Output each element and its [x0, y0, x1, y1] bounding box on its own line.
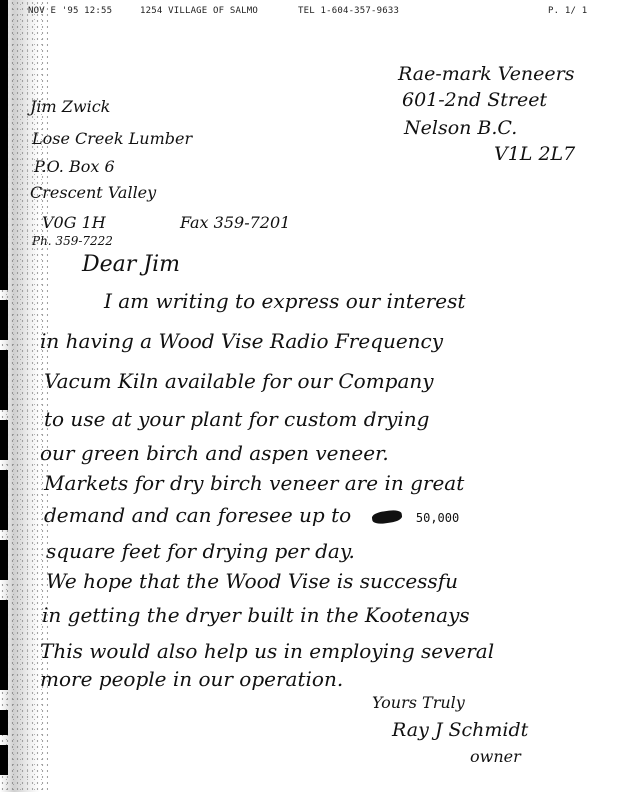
recipient-company: Lose Creek Lumber — [32, 128, 192, 150]
recipient-postal: V0G 1H — [42, 212, 106, 234]
fax-edge-bar — [0, 0, 8, 290]
return-address-line: 601-2nd Street — [402, 88, 547, 112]
return-address-line: Rae-mark Veneers — [398, 62, 575, 86]
body-line-text: demand and can foresee up to — [44, 503, 351, 527]
fax-letter-page: NOV E '95 12:55 1254 VILLAGE OF SALMO TE… — [0, 0, 623, 792]
body-line-with-quantity: demand and can foresee up to 50,000 — [44, 500, 459, 530]
recipient-town: Crescent Valley — [30, 182, 156, 204]
fax-header: NOV E '95 12:55 1254 VILLAGE OF SALMO TE… — [0, 6, 623, 20]
body-line: This would also help us in employing sev… — [40, 636, 494, 666]
body-line: our green birch and aspen veneer. — [40, 438, 389, 468]
signer-title: owner — [470, 746, 521, 768]
fax-date: NOV E '95 12:55 — [28, 6, 112, 16]
quantity-value: 50,000 — [416, 511, 459, 525]
body-line: We hope that the Wood Vise is successfu — [46, 566, 458, 596]
body-line: in having a Wood Vise Radio Frequency — [40, 326, 443, 356]
body-line: I am writing to express our interest — [104, 286, 465, 316]
body-line: Vacum Kiln available for our Company — [44, 366, 434, 396]
fax-tel: TEL 1-604-357-9633 — [298, 6, 399, 16]
crossed-out-mark — [371, 508, 402, 524]
fax-page: P. 1/ 1 — [548, 6, 587, 16]
recipient-phone: Ph. 359-7222 — [32, 234, 113, 248]
salutation: Dear Jim — [82, 250, 180, 280]
body-line: square feet for drying per day. — [46, 536, 355, 566]
fax-edge-bar — [0, 710, 8, 735]
valediction: Yours Truly — [372, 692, 465, 714]
return-address-line: Nelson B.C. — [404, 116, 517, 140]
return-address-line: V1L 2L7 — [494, 142, 575, 166]
fax-edge-bar — [0, 540, 8, 580]
fax-edge-bar — [0, 600, 8, 690]
body-line: to use at your plant for custom drying — [44, 404, 429, 434]
signature: Ray J Schmidt — [392, 718, 528, 742]
fax-edge-bar — [0, 350, 8, 410]
body-line: more people in our operation. — [40, 664, 343, 694]
body-line: in getting the dryer built in the Kooten… — [42, 600, 470, 630]
fax-edge-bar — [0, 420, 8, 460]
recipient-po-box: P.O. Box 6 — [34, 156, 115, 178]
recipient-name: Jim Zwick — [30, 96, 110, 118]
body-line: Markets for dry birch veneer are in grea… — [44, 468, 464, 498]
fax-edge-bar — [0, 745, 8, 775]
fax-edge-bar — [0, 300, 8, 340]
fax-sender-id: 1254 VILLAGE OF SALMO — [140, 6, 258, 16]
fax-edge-bar — [0, 470, 8, 530]
recipient-fax: Fax 359-7201 — [180, 212, 290, 234]
